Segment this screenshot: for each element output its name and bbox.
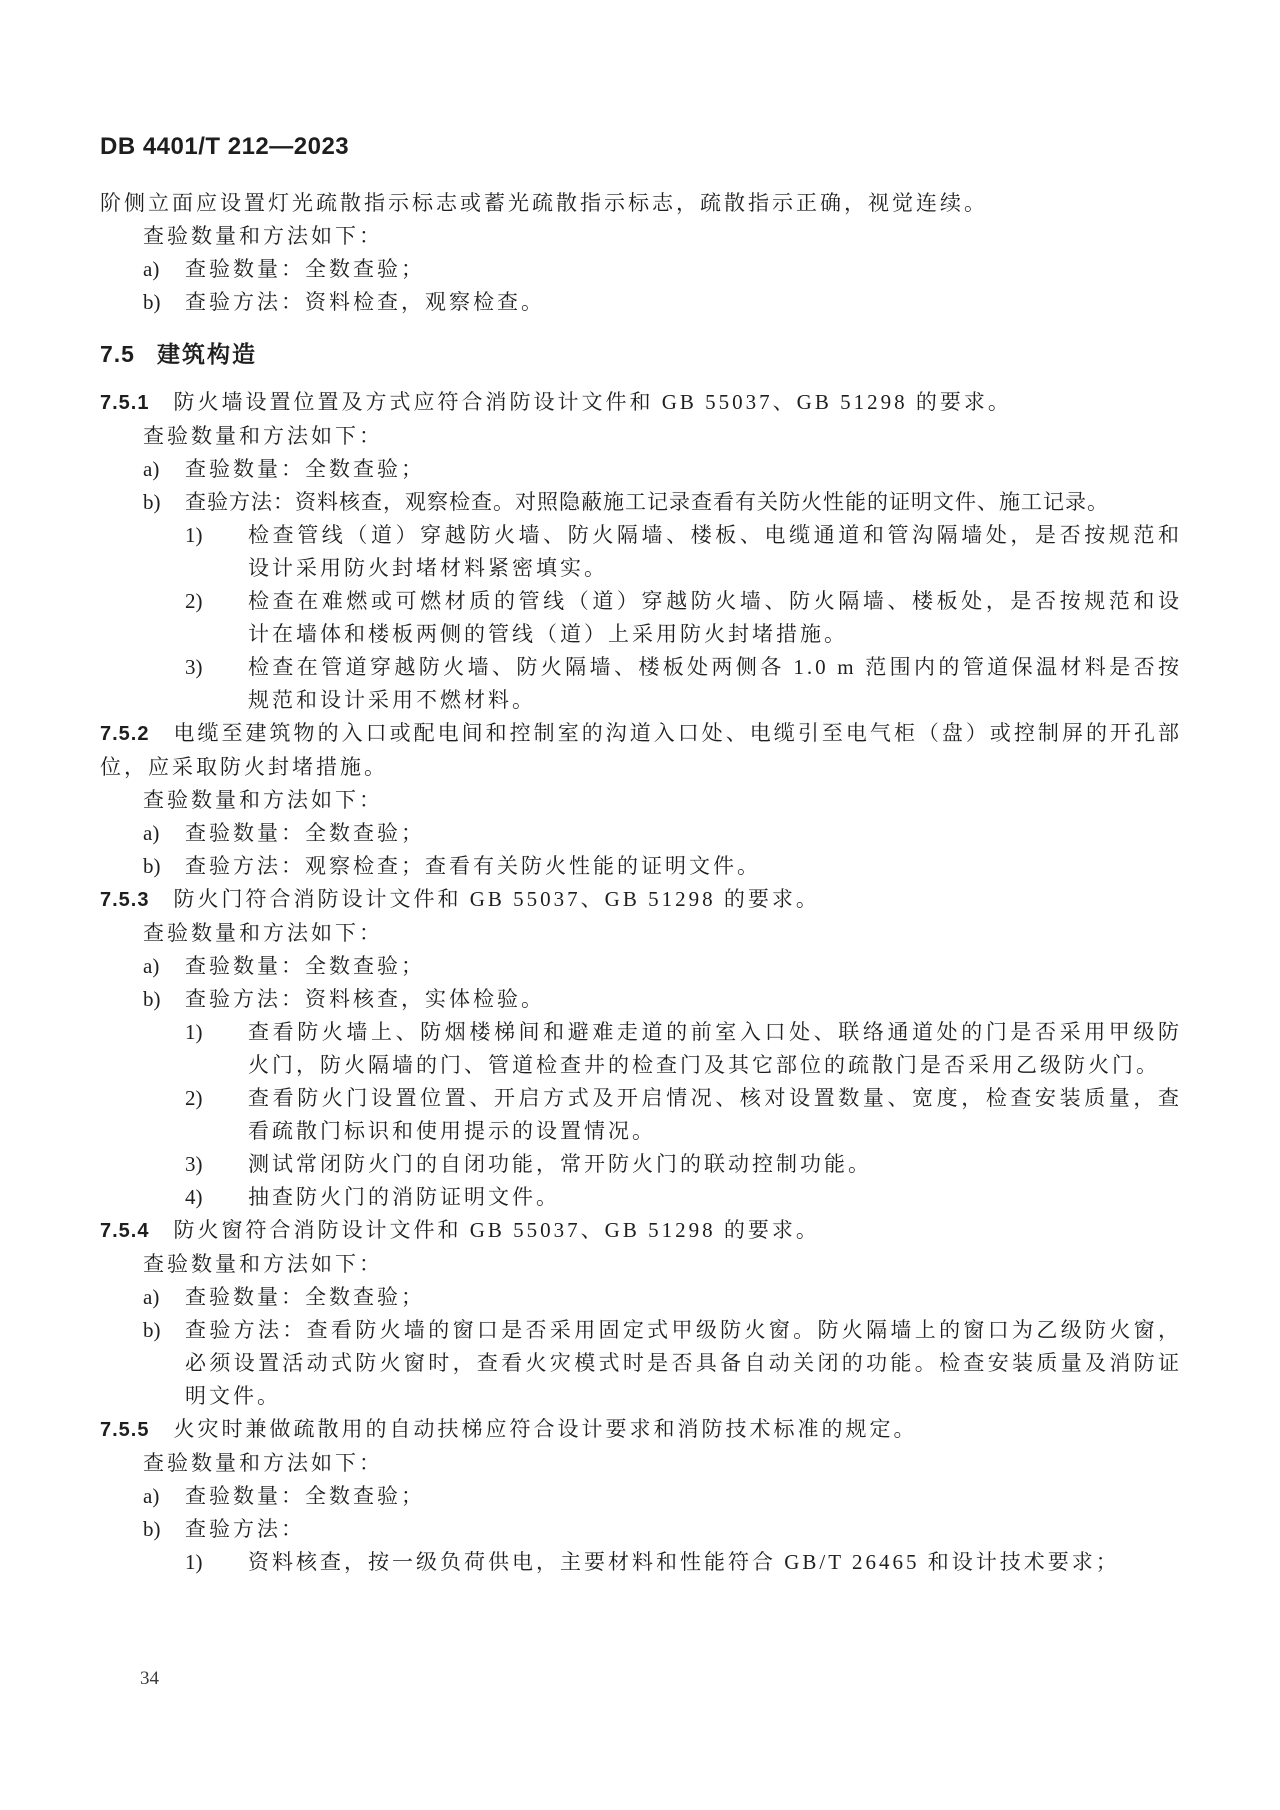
list-item-b: b)查验方法：观察检查；查看有关防火性能的证明文件。 [100, 850, 1182, 883]
list-item-a: a)查验数量：全数查验； [100, 1281, 1182, 1314]
sub-item-text: 检查在难燃或可燃材质的管线（道）穿越防火墙、防火隔墙、楼板处，是否按规范和设计在… [248, 589, 1182, 646]
item-text: 查验方法： [185, 1517, 305, 1541]
sub-item-3: 3)检查在管道穿越防火墙、防火隔墙、楼板处两侧各 1.0 m 范围内的管道保温材… [100, 651, 1182, 717]
sub-item-label: 4) [185, 1181, 203, 1214]
item-text: 查验方法：资料核查，观察检查。对照隐蔽施工记录查看有关防火性能的证明文件、施工记… [185, 490, 1109, 514]
sub-item-label: 3) [185, 651, 203, 684]
item-label-b: b) [143, 1513, 161, 1546]
clause-7-5-5: 7.5.5火灾时兼做疏散用的自动扶梯应符合设计要求和消防技术标准的规定。 [100, 1413, 1182, 1447]
clause-text: 防火窗符合消防设计文件和 GB 55037、GB 51298 的要求。 [173, 1218, 819, 1242]
item-text: 查验数量：全数查验； [185, 821, 425, 845]
check-intro-line: 查验数量和方法如下： [100, 784, 1182, 817]
item-text: 查验方法：资料核查，实体检验。 [185, 987, 545, 1011]
item-text: 查验数量：全数查验； [185, 257, 425, 281]
list-item-a: a)查验数量：全数查验； [100, 453, 1182, 486]
check-intro-line: 查验数量和方法如下： [100, 1248, 1182, 1281]
item-text: 查验数量：全数查验； [185, 1285, 425, 1309]
list-item-a: a)查验数量：全数查验； [100, 817, 1182, 850]
item-text: 查验数量：全数查验； [185, 954, 425, 978]
check-intro-line: 查验数量和方法如下： [100, 917, 1182, 950]
list-item-b: b)查验方法：查看防火墙的窗口是否采用固定式甲级防火窗。防火隔墙上的窗口为乙级防… [100, 1314, 1182, 1413]
check-intro-line: 查验数量和方法如下： [100, 220, 1182, 253]
clause-text: 电缆至建筑物的入口或配电间和控制室的沟道入口处、电缆引至电气柜（盘）或控制屏的开… [100, 721, 1182, 779]
item-label-a: a) [143, 950, 159, 983]
list-item-a: a)查验数量：全数查验； [100, 1480, 1182, 1513]
sub-item-label: 1) [185, 1546, 203, 1579]
item-label-a: a) [143, 817, 159, 850]
item-label-a: a) [143, 1480, 159, 1513]
sub-item-text: 抽查防火门的消防证明文件。 [248, 1185, 560, 1209]
sub-item-1: 1)查看防火墙上、防烟楼梯间和避难走道的前室入口处、联络通道处的门是否采用甲级防… [100, 1016, 1182, 1082]
document-page: DB 4401/T 212—2023 阶侧立面应设置灯光疏散指示标志或蓄光疏散指… [0, 0, 1280, 1810]
section-heading: 7.5建筑构造 [100, 338, 1182, 371]
sub-item-4: 4)抽查防火门的消防证明文件。 [100, 1181, 1182, 1214]
item-text: 查验方法：资料检查，观察检查。 [185, 290, 545, 314]
sub-item-text: 检查管线（道）穿越防火墙、防火隔墙、楼板、电缆通道和管沟隔墙处，是否按规范和设计… [248, 523, 1182, 580]
sub-item-text: 查看防火墙上、防烟楼梯间和避难走道的前室入口处、联络通道处的门是否采用甲级防火门… [248, 1020, 1182, 1077]
item-text: 查验方法：观察检查；查看有关防火性能的证明文件。 [185, 854, 761, 878]
sub-item-2: 2)检查在难燃或可燃材质的管线（道）穿越防火墙、防火隔墙、楼板处，是否按规范和设… [100, 585, 1182, 651]
item-text: 查验数量：全数查验； [185, 1484, 425, 1508]
sub-item-label: 2) [185, 1082, 203, 1115]
clause-7-5-2: 7.5.2电缆至建筑物的入口或配电间和控制室的沟道入口处、电缆引至电气柜（盘）或… [100, 717, 1182, 784]
item-label-a: a) [143, 453, 159, 486]
item-label-b: b) [143, 850, 161, 883]
sub-item-label: 2) [185, 585, 203, 618]
sub-item-1: 1)资料核查，按一级负荷供电，主要材料和性能符合 GB/T 26465 和设计技… [100, 1546, 1182, 1579]
list-item-b: b)查验方法：资料核查，观察检查。对照隐蔽施工记录查看有关防火性能的证明文件、施… [100, 486, 1182, 519]
clause-7-5-1: 7.5.1防火墙设置位置及方式应符合消防设计文件和 GB 55037、GB 51… [100, 386, 1182, 420]
doc-code-header: DB 4401/T 212—2023 [100, 130, 1182, 163]
page-number: 34 [140, 1662, 159, 1695]
sub-item-text: 检查在管道穿越防火墙、防火隔墙、楼板处两侧各 1.0 m 范围内的管道保温材料是… [248, 655, 1182, 712]
list-item-a: a)查验数量：全数查验； [100, 253, 1182, 286]
clause-number: 7.5.3 [100, 889, 149, 911]
list-item-a: a)查验数量：全数查验； [100, 950, 1182, 983]
sub-item-3: 3)测试常闭防火门的自闭功能，常开防火门的联动控制功能。 [100, 1148, 1182, 1181]
clause-text: 火灾时兼做疏散用的自动扶梯应符合设计要求和消防技术标准的规定。 [173, 1417, 917, 1441]
item-label-b: b) [143, 486, 161, 519]
list-item-b: b)查验方法：资料核查，实体检验。 [100, 983, 1182, 1016]
item-label-b: b) [143, 286, 161, 319]
section-title: 建筑构造 [157, 341, 257, 367]
section-number: 7.5 [100, 341, 135, 367]
clause-number: 7.5.4 [100, 1220, 149, 1242]
list-item-b: b)查验方法： [100, 1513, 1182, 1546]
item-label-a: a) [143, 1281, 159, 1314]
sub-item-1: 1)检查管线（道）穿越防火墙、防火隔墙、楼板、电缆通道和管沟隔墙处，是否按规范和… [100, 519, 1182, 585]
clause-number: 7.5.5 [100, 1419, 149, 1441]
sub-item-2: 2)查看防火门设置位置、开启方式及开启情况、核对设置数量、宽度，检查安装质量，查… [100, 1082, 1182, 1148]
item-label-b: b) [143, 983, 161, 1016]
sub-item-label: 3) [185, 1148, 203, 1181]
clause-text: 防火墙设置位置及方式应符合消防设计文件和 GB 55037、GB 51298 的… [173, 390, 1011, 414]
clause-7-5-4: 7.5.4防火窗符合消防设计文件和 GB 55037、GB 51298 的要求。 [100, 1214, 1182, 1248]
sub-item-label: 1) [185, 1016, 203, 1049]
sub-item-label: 1) [185, 519, 203, 552]
sub-item-text: 测试常闭防火门的自闭功能，常开防火门的联动控制功能。 [248, 1152, 872, 1176]
list-item-b: b)查验方法：资料检查，观察检查。 [100, 286, 1182, 319]
check-intro-line: 查验数量和方法如下： [100, 420, 1182, 453]
intro-paragraph: 阶侧立面应设置灯光疏散指示标志或蓄光疏散指示标志，疏散指示正确，视觉连续。 [100, 187, 1182, 220]
clause-number: 7.5.1 [100, 392, 149, 414]
item-label-a: a) [143, 253, 159, 286]
clause-number: 7.5.2 [100, 723, 149, 745]
item-label-b: b) [143, 1314, 161, 1347]
check-intro-line: 查验数量和方法如下： [100, 1447, 1182, 1480]
sub-item-text: 资料核查，按一级负荷供电，主要材料和性能符合 GB/T 26465 和设计技术要… [248, 1550, 1120, 1574]
clause-7-5-3: 7.5.3防火门符合消防设计文件和 GB 55037、GB 51298 的要求。 [100, 883, 1182, 917]
sub-item-text: 查看防火门设置位置、开启方式及开启情况、核对设置数量、宽度，检查安装质量，查看疏… [248, 1086, 1182, 1143]
clause-text: 防火门符合消防设计文件和 GB 55037、GB 51298 的要求。 [173, 887, 819, 911]
item-text: 查验数量：全数查验； [185, 457, 425, 481]
item-text: 查验方法：查看防火墙的窗口是否采用固定式甲级防火窗。防火隔墙上的窗口为乙级防火窗… [185, 1318, 1182, 1408]
